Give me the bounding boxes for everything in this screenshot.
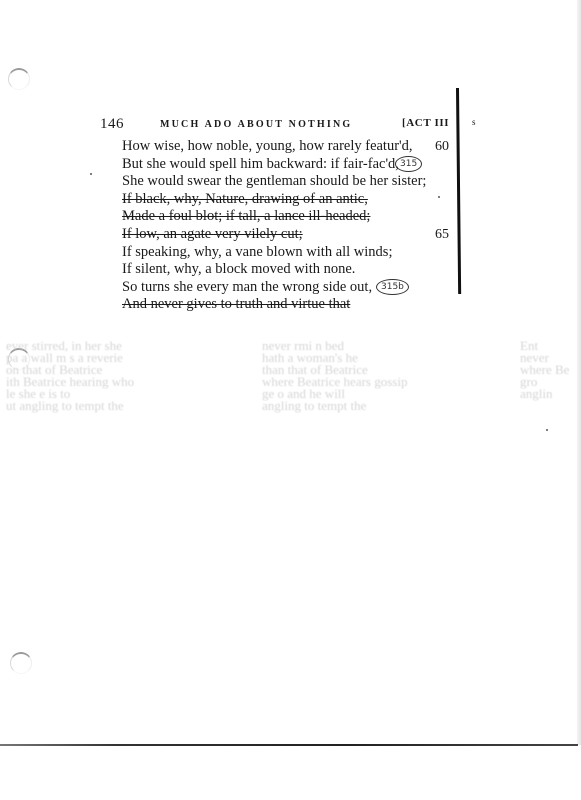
margin-mark: s xyxy=(472,117,476,127)
bleed-through-line: angling to tempt the xyxy=(262,400,407,412)
bleed-through-middle: never rmi n bedhath a woman's hethan tha… xyxy=(262,340,407,412)
hole-punch-top-icon xyxy=(8,68,30,90)
verse-line-text: But she would spell him backward: if fai… xyxy=(122,156,399,172)
line-number: 65 xyxy=(435,226,449,244)
scanned-page: 146 MUCH ADO ABOUT NOTHING [ACT III s Ho… xyxy=(0,0,581,800)
verse-line: How wise, how noble, young, how rarely f… xyxy=(122,138,442,156)
scan-speck xyxy=(90,173,92,175)
verse-line: If speaking, why, a vane blown with all … xyxy=(122,244,442,262)
book-title: MUCH ADO ABOUT NOTHING xyxy=(160,119,352,130)
verse-line-text: She would swear the gentleman should be … xyxy=(122,173,426,189)
verse-line-text: How wise, how noble, young, how rarely f… xyxy=(122,138,413,154)
bottom-rule xyxy=(0,744,578,746)
page-edge-shadow xyxy=(577,0,581,745)
verse-line-text: If speaking, why, a vane blown with all … xyxy=(122,244,392,260)
handwritten-annotation-circle: 315 xyxy=(395,156,422,172)
verse-line-text: If low, an agate very vilely cut; xyxy=(122,226,303,242)
verse-line-text: If black, why, Nature, drawing of an ant… xyxy=(122,191,368,207)
scan-speck xyxy=(546,429,548,431)
bleed-through-line: ut angling to tempt the xyxy=(6,400,134,412)
act-marker: [ACT III xyxy=(402,117,449,129)
verse-line-text: If silent, why, a block moved with none. xyxy=(122,261,355,277)
verse-line-struck: If low, an agate very vilely cut;65 xyxy=(122,226,442,244)
verse-line: But she would spell him backward: if fai… xyxy=(122,156,442,174)
hole-punch-bottom-icon xyxy=(10,652,32,674)
scan-speck xyxy=(438,196,440,198)
bleed-through-left: ever stirred, in her shepa a wall m s a … xyxy=(6,340,134,412)
verse-line-struck: If black, why, Nature, drawing of an ant… xyxy=(122,191,442,209)
verse-line-struck: And never gives to truth and virtue that xyxy=(122,296,442,314)
verse-line: She would swear the gentleman should be … xyxy=(122,173,442,191)
verse-line-text: So turns she every man the wrong side ou… xyxy=(122,279,372,295)
verse-line: If silent, why, a block moved with none. xyxy=(122,261,442,279)
page-number: 146 xyxy=(100,116,124,133)
bleed-through-right: Entneverwhere Begroanglin xyxy=(520,340,569,400)
margin-vertical-rule xyxy=(456,88,461,294)
verse-line-text: Made a foul blot; if tall, a lance ill-h… xyxy=(122,208,370,224)
verse-line: So turns she every man the wrong side ou… xyxy=(122,279,442,297)
verse-block: How wise, how noble, young, how rarely f… xyxy=(122,138,442,314)
bleed-through-line: anglin xyxy=(520,388,569,400)
running-head: 146 MUCH ADO ABOUT NOTHING [ACT III s xyxy=(100,116,460,136)
verse-line-struck: Made a foul blot; if tall, a lance ill-h… xyxy=(122,208,442,226)
line-number: 60 xyxy=(435,138,449,156)
handwritten-annotation-circle: 315b xyxy=(376,279,409,295)
verse-line-text: And never gives to truth and virtue that xyxy=(122,296,350,312)
